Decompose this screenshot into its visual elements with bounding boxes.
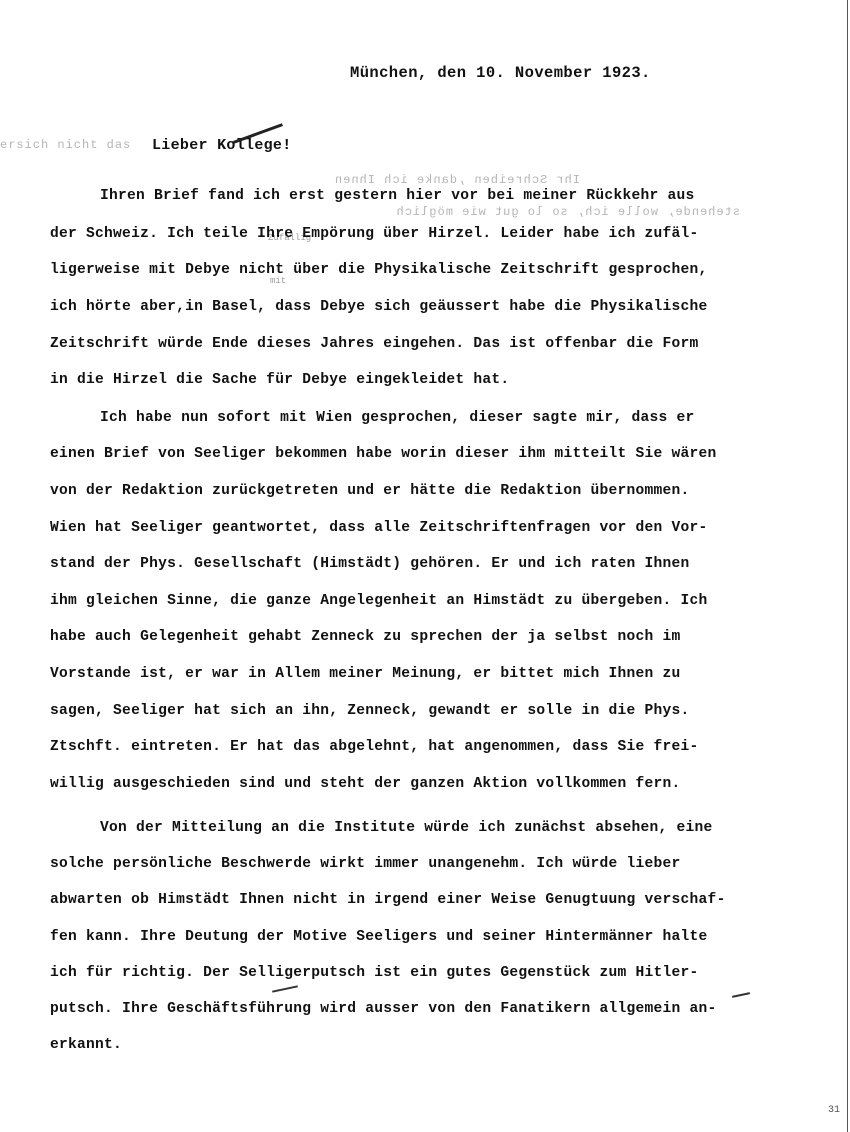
- letter-line: in die Hirzel die Sache für Debye eingek…: [50, 372, 509, 392]
- letter-line: Wien hat Seeliger geantwortet, dass alle…: [50, 520, 708, 540]
- letter-line: abwarten ob Himstädt Ihnen nicht in irge…: [50, 892, 726, 912]
- letter-line: habe auch Gelegenheit gehabt Zenneck zu …: [50, 629, 681, 649]
- letter-line: putsch. Ihre Geschäftsführung wird ausse…: [50, 1001, 717, 1021]
- bleed-through-text: Ihr Schreiben ,danke ich Ihnen: [334, 173, 580, 187]
- letter-line: von der Redaktion zurückgetreten und er …: [50, 483, 690, 503]
- letter-line: Zeitschrift würde Ende dieses Jahres ein…: [50, 336, 699, 356]
- letter-line: Vorstande ist, er war in Allem meiner Me…: [50, 666, 681, 686]
- salutation: Lieber Kollege!: [152, 137, 292, 154]
- dateline: München, den 10. November 1923.: [350, 64, 651, 82]
- letter-line: Ihren Brief fand ich erst gestern hier v…: [100, 188, 695, 208]
- letter-line: solche persönliche Beschwerde wirkt imme…: [50, 856, 681, 876]
- page-number-mark: 31: [828, 1105, 840, 1116]
- letter-line: ligerweise mit Debye nicht über die Phys…: [50, 262, 708, 282]
- letter-line: einen Brief von Seeliger bekommen habe w…: [50, 446, 717, 466]
- pencil-underline-mark: [272, 985, 298, 992]
- pencil-underline-mark: [732, 992, 750, 998]
- letter-line: sagen, Seeliger hat sich an ihn, Zenneck…: [50, 703, 690, 723]
- letter-line: Ztschft. eintreten. Er hat das abgelehnt…: [50, 739, 699, 759]
- letter-page: München, den 10. November 1923. ersich n…: [0, 0, 850, 1132]
- page-edge-divider: [847, 0, 848, 1132]
- letter-line: Von der Mitteilung an die Institute würd…: [100, 820, 713, 840]
- letter-line: der Schweiz. Ich teile Ihre Empörung übe…: [50, 226, 699, 246]
- letter-line: fen kann. Ihre Deutung der Motive Seelig…: [50, 929, 708, 949]
- letter-line: Ich habe nun sofort mit Wien gesprochen,…: [100, 410, 695, 430]
- letter-line: ich für richtig. Der Selligerputsch ist …: [50, 965, 699, 985]
- letter-line: erkannt.: [50, 1037, 122, 1057]
- bleed-through-text: ersich nicht das: [0, 138, 131, 152]
- letter-line: ich hörte aber,in Basel, dass Debye sich…: [50, 299, 708, 319]
- letter-line: willig ausgeschieden sind und steht der …: [50, 776, 681, 796]
- letter-line: ihm gleichen Sinne, die ganze Angelegenh…: [50, 593, 708, 613]
- letter-line: stand der Phys. Gesellschaft (Himstädt) …: [50, 556, 690, 576]
